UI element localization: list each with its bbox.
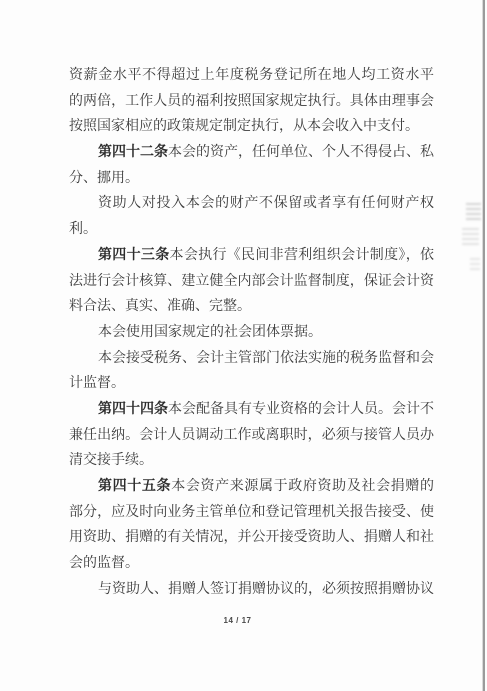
text-line: 按照国家相应的政策规定制定执行，从本会收入中支付。 <box>69 114 434 140</box>
text-line: 第四十二条本会的资产，任何单位、个人不得侵占、私 <box>69 140 434 166</box>
line-text: 本会配备具有专业资格的会计人员。会计不 <box>168 402 434 417</box>
text-line: 资助人对投入本会的财产不保留或者享有任何财产权 <box>69 191 434 217</box>
text-line: 法进行会计核算、建立健全内部会计监督制度，保证会计资 <box>69 269 434 295</box>
article-number: 第四十三条 <box>98 248 170 263</box>
line-text: 部分，应及时向业务主管单位和登记管理机关报告接受、使 <box>69 505 434 520</box>
line-text: 分、挪用。 <box>69 171 139 186</box>
text-line: 的两倍，工作人员的福利按照国家规定执行。具体由理事会 <box>69 89 434 115</box>
text-line: 利。 <box>69 217 434 243</box>
article-number: 第四十二条 <box>98 145 168 160</box>
text-line: 第四十五条本会资产来源属于政府资助及社会捐赠的 <box>69 474 434 500</box>
text-line: 资薪金水平不得超过上年度税务登记所在地人均工资水平 <box>69 63 434 89</box>
text-line: 兼任出纳。会计人员调动工作或离职时，必须与接管人员办 <box>69 423 434 449</box>
document-body: 资薪金水平不得超过上年度税务登记所在地人均工资水平的两倍，工作人员的福利按照国家… <box>69 63 434 602</box>
text-line: 计监督。 <box>69 371 434 397</box>
article-number: 第四十四条 <box>98 402 168 417</box>
line-text: 用资助、捐赠的有关情况，并公开接受资助人、捐赠人和社 <box>69 530 434 545</box>
text-line: 本会使用国家规定的社会团体票据。 <box>69 320 434 346</box>
line-text: 本会使用国家规定的社会团体票据。 <box>98 325 322 340</box>
line-text: 法进行会计核算、建立健全内部会计监督制度，保证会计资 <box>69 274 434 289</box>
text-line: 分、挪用。 <box>69 166 434 192</box>
line-text: 本会的资产，任何单位、个人不得侵占、私 <box>168 145 434 160</box>
document-page: 资薪金水平不得超过上年度税务登记所在地人均工资水平的两倍，工作人员的福利按照国家… <box>0 0 487 691</box>
text-line: 第四十三条本会执行《民间非营利组织会计制度》，依 <box>69 243 434 269</box>
scan-artifact <box>470 258 480 273</box>
text-line: 本会接受税务、会计主管部门依法实施的税务监督和会 <box>69 346 434 372</box>
article-number: 第四十五条 <box>98 479 171 494</box>
line-text: 与资助人、捐赠人签订捐赠协议的，必须按照捐赠协议 <box>98 582 434 597</box>
text-line: 与资助人、捐赠人签订捐赠协议的，必须按照捐赠协议 <box>69 577 434 603</box>
line-text: 资薪金水平不得超过上年度税务登记所在地人均工资水平 <box>69 68 434 83</box>
text-line: 会的监督。 <box>69 551 434 577</box>
scan-edge-line <box>483 0 485 691</box>
text-line: 第四十四条本会配备具有专业资格的会计人员。会计不 <box>69 397 434 423</box>
line-text: 利。 <box>69 222 97 237</box>
page-number: 14 / 17 <box>0 616 481 625</box>
line-text: 资助人对投入本会的财产不保留或者享有任何财产权 <box>98 196 434 211</box>
line-text: 料合法、真实、准确、完整。 <box>69 299 251 314</box>
scan-artifact <box>462 228 479 248</box>
line-text: 按照国家相应的政策规定制定执行，从本会收入中支付。 <box>69 119 419 134</box>
line-text: 本会接受税务、会计主管部门依法实施的税务监督和会 <box>98 351 434 366</box>
text-line: 料合法、真实、准确、完整。 <box>69 294 434 320</box>
line-text: 计监督。 <box>69 376 125 391</box>
text-line: 用资助、捐赠的有关情况，并公开接受资助人、捐赠人和社 <box>69 525 434 551</box>
line-text: 本会资产来源属于政府资助及社会捐赠的 <box>171 479 434 494</box>
text-line: 清交接手续。 <box>69 448 434 474</box>
line-text: 清交接手续。 <box>69 453 153 468</box>
line-text: 的两倍，工作人员的福利按照国家规定执行。具体由理事会 <box>69 94 434 109</box>
line-text: 本会执行《民间非营利组织会计制度》，依 <box>170 248 434 263</box>
line-text: 兼任出纳。会计人员调动工作或离职时，必须与接管人员办 <box>69 428 434 443</box>
text-line: 部分，应及时向业务主管单位和登记管理机关报告接受、使 <box>69 500 434 526</box>
scan-artifact <box>466 203 481 221</box>
line-text: 会的监督。 <box>69 556 139 571</box>
